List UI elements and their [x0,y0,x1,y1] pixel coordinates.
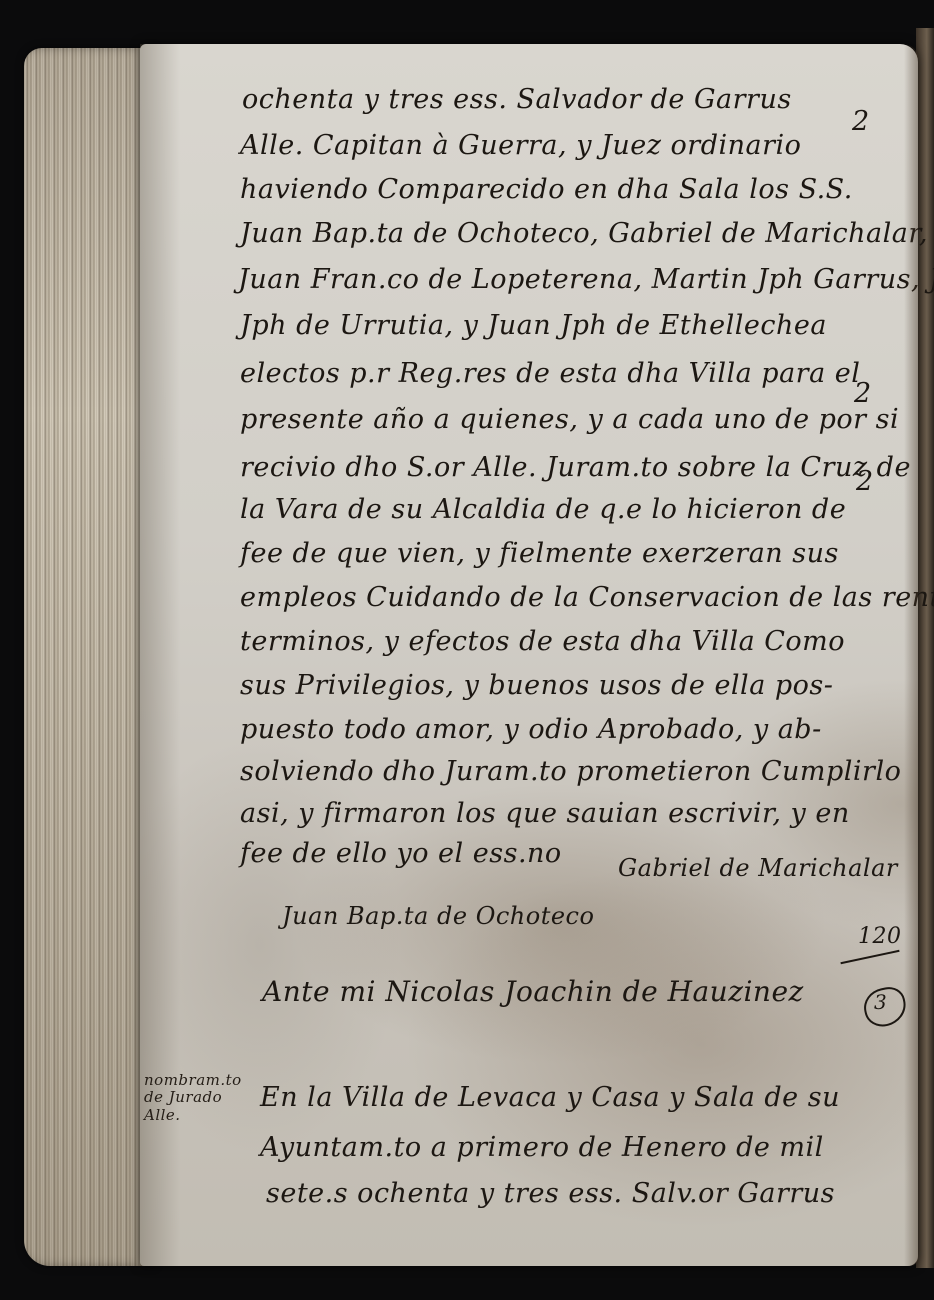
signature-gabriel-de-marichalar: Gabriel de Marichalar [618,856,898,880]
body-line-8: presente año a quienes, y a cada uno de … [240,406,899,433]
notary-attestation: Ante mi Nicolas Joachin de Hauzinez [262,978,804,1006]
manuscript-scene: ochenta y tres ess. Salvador de Garrus A… [0,0,934,1300]
body-line-11: fee de que vien, y fielmente exerzeran s… [240,540,839,567]
body-line-13: terminos, y efectos de esta dha Villa Co… [240,628,845,655]
body-line-3: haviendo Comparecido en dha Sala los S.S… [240,176,853,203]
body-line-14: sus Privilegios, y buenos usos de ella p… [240,672,833,699]
folio-number: 120 [858,926,902,948]
manuscript-leaf: ochenta y tres ess. Salvador de Garrus A… [140,44,918,1266]
body-line-9: recivio dho S.or Alle. Juram.to sobre la… [240,454,911,481]
body-line-17: asi, y firmaron los que sauian escrivir,… [240,800,850,827]
book-page-edges [24,48,154,1266]
body-line-6: Jph de Urrutia, y Juan Jph de Ethelleche… [240,312,827,339]
margin-note: nombram.to de Jurado Alle. [144,1072,242,1124]
body-line-7: electos p.r Reg.res de esta dha Villa pa… [240,360,860,387]
body-line-1: ochenta y tres ess. Salvador de Garrus [242,86,792,113]
second-entry-line-3: sete.s ochenta y tres ess. Salv.or Garru… [266,1180,835,1207]
body-line-15: puesto todo amor, y odio Aprobado, y ab- [240,716,822,743]
line-end-flourish: 2 [852,108,870,135]
signature-juan-bautista-de-ochoteco: Juan Bap.ta de Ochoteco [282,904,594,928]
line-end-flourish: 2 [856,468,874,495]
adjacent-page-edge [916,28,934,1268]
folio-underline-flourish [840,950,899,964]
body-line-4: Juan Bap.ta de Ochoteco, Gabriel de Mari… [240,220,928,247]
body-line-16: solviendo dho Juram.to prometieron Cumpl… [240,758,901,785]
body-line-5: Juan Fran.co de Lopeterena, Martin Jph G… [238,266,934,293]
body-line-12: empleos Cuidando de la Conservacion de l… [240,584,934,611]
second-entry-line-2: Ayuntam.to a primero de Henero de mil [260,1134,824,1161]
line-end-flourish: 2 [854,380,872,407]
body-line-18: fee de ello yo el ess.no [240,840,562,867]
body-line-2: Alle. Capitan à Guerra, y Juez ordinario [240,132,801,159]
rubric-number: 3 [874,992,887,1012]
second-entry-line-1: En la Villa de Levaca y Casa y Sala de s… [260,1084,840,1111]
body-line-10: la Vara de su Alcaldia de q.e lo hiciero… [240,496,846,523]
